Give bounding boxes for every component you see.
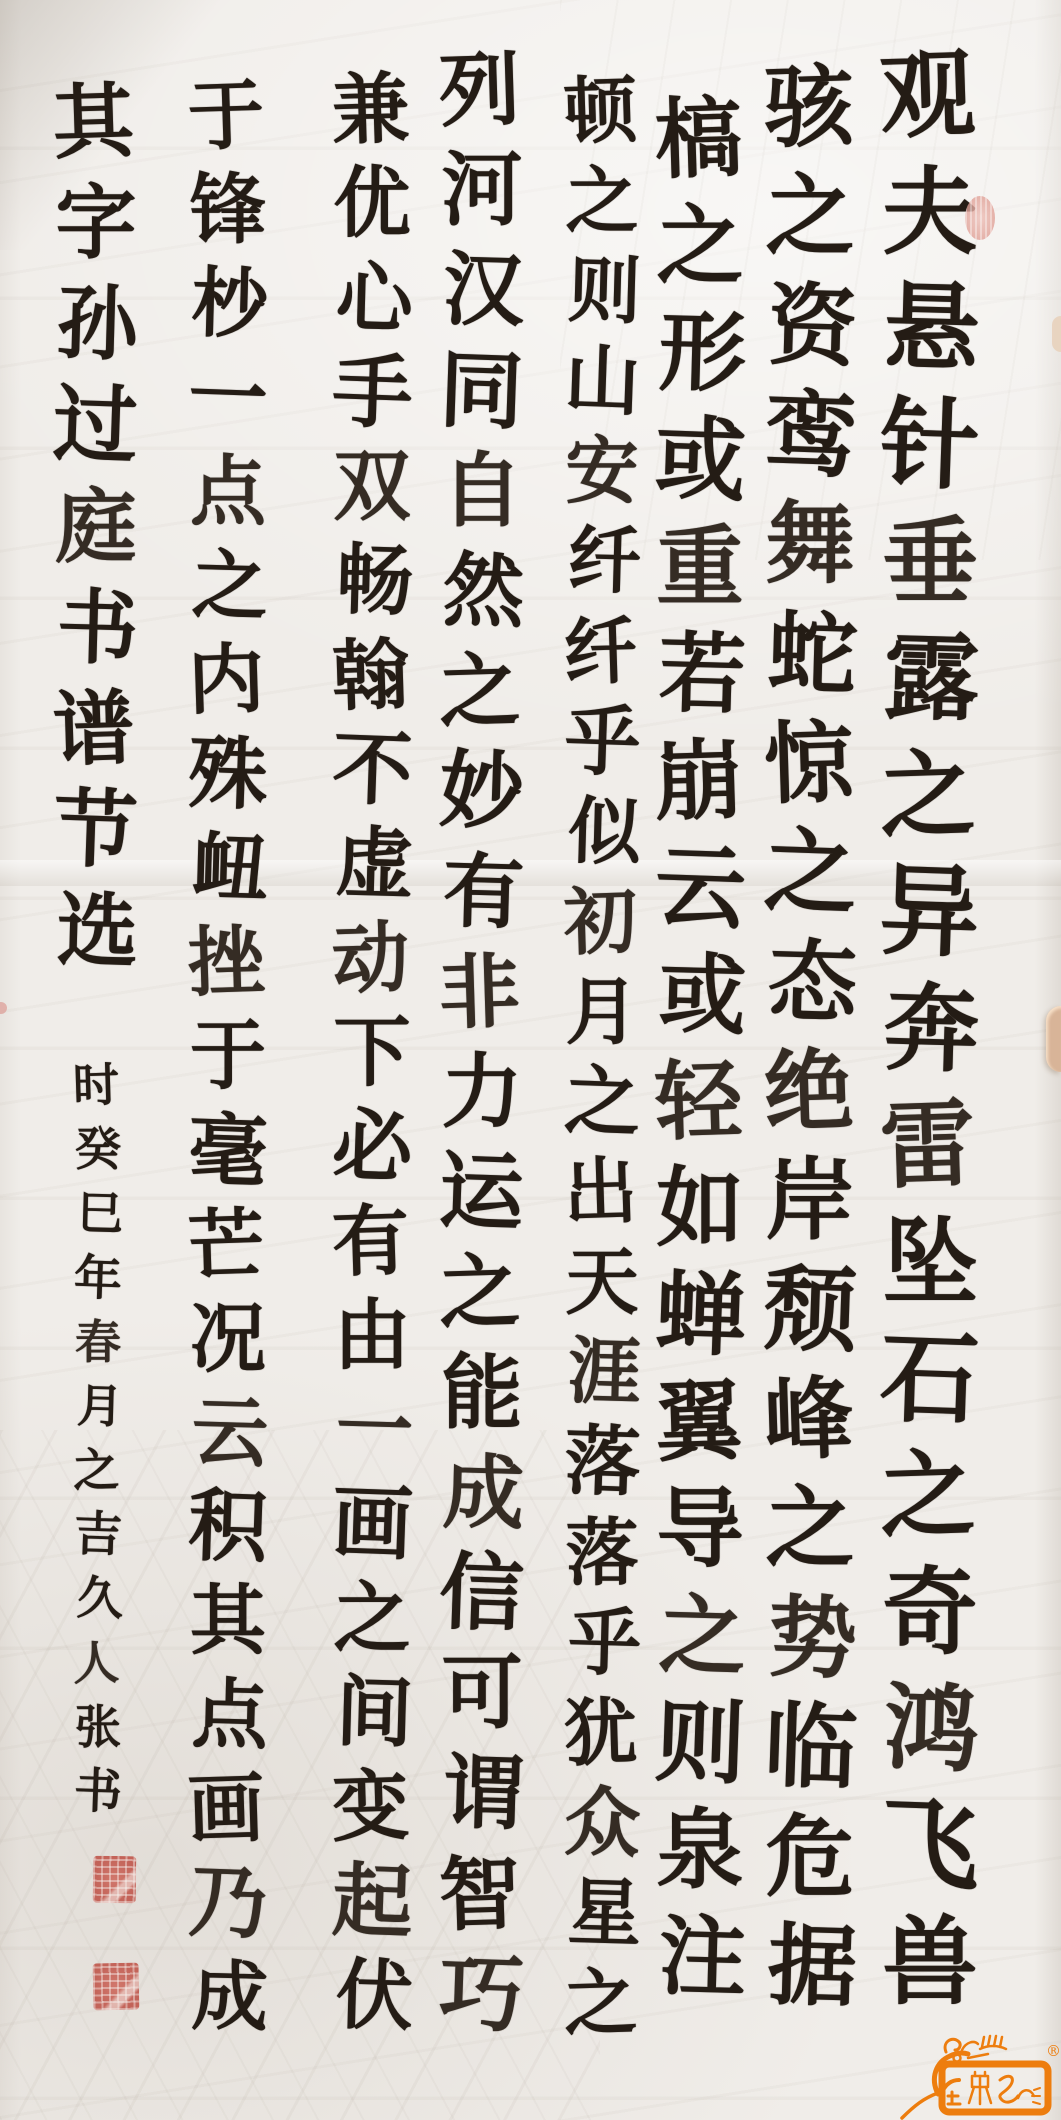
gallery-watermark-logo: ® <box>896 2034 1061 2120</box>
calligraphy-glyph: 崩 <box>653 735 743 825</box>
leading-seal <box>965 196 995 240</box>
calligraphy-glyph: 据 <box>766 1920 857 2011</box>
calligraphy-column-2: 骇之资鸾舞蛇惊之态绝岸颓峰之势临危据 <box>758 62 862 2010</box>
calligraphy-glyph: 云 <box>191 1394 269 1472</box>
calligraphy-glyph: 落 <box>566 1517 639 1590</box>
calligraphy-glyph: 众 <box>563 1784 642 1863</box>
calligraphy-glyph: 张 <box>75 1704 121 1750</box>
calligraphy-glyph: 必 <box>331 1106 414 1189</box>
paper-speck <box>0 1002 7 1014</box>
calligraphy-glyph: 或 <box>657 949 746 1038</box>
artist-seal-1 <box>93 1856 137 1904</box>
calligraphy-glyph: 轻 <box>653 1056 743 1146</box>
calligraphy-glyph: 字 <box>55 183 136 264</box>
calligraphy-glyph: 伏 <box>334 1957 413 2036</box>
calligraphy-glyph: 出 <box>562 1155 637 1230</box>
calligraphy-column-4: 顿之则山安纤纤乎似初月之出天涯落落乎犹众星之 <box>550 75 654 2040</box>
calligraphy-glyph: 毫 <box>187 1110 269 1192</box>
calligraphy-glyph: 巧 <box>438 1951 525 2038</box>
calligraphy-glyph: 蝉 <box>653 1268 747 1362</box>
calligraphy-glyph: 妙 <box>438 748 525 835</box>
calligraphy-glyph: 导 <box>657 1485 744 1572</box>
calligraphy-glyph: 点 <box>190 454 266 530</box>
logo-glyph-script <box>1000 2076 1018 2102</box>
calligraphy-glyph: 智 <box>438 1852 522 1936</box>
calligraphy-glyph: 月 <box>76 1382 123 1429</box>
calligraphy-glyph: 飞 <box>879 1795 981 1897</box>
calligraphy-glyph: 乎 <box>566 1606 641 1681</box>
calligraphy-glyph: 下 <box>334 1015 411 1092</box>
calligraphy-glyph: 自 <box>441 451 522 532</box>
signature-column: 时癸巳年春月之吉久人张书 <box>58 1062 138 1814</box>
calligraphy-glyph: 翰 <box>330 637 409 716</box>
calligraphy-glyph: 翼 <box>653 1377 743 1467</box>
calligraphy-glyph: 山 <box>563 343 642 422</box>
calligraphy-glyph: 河 <box>441 150 522 231</box>
logo-glyph-left <box>948 2092 960 2104</box>
calligraphy-glyph: 形 <box>657 308 746 397</box>
calligraphy-glyph: 巳 <box>76 1190 123 1237</box>
calligraphy-glyph: 一 <box>334 1391 413 1470</box>
calligraphy-glyph: 势 <box>766 1592 857 1683</box>
calligraphy-glyph: 之 <box>766 1483 855 1572</box>
calligraphy-glyph: 年 <box>73 1253 122 1302</box>
calligraphy-glyph: 鸾 <box>762 387 858 483</box>
calligraphy-glyph: 之 <box>438 1251 522 1335</box>
calligraphy-glyph: 画 <box>187 1770 265 1848</box>
calligraphy-glyph: 之 <box>334 1581 411 1658</box>
calligraphy-glyph: 顿 <box>562 74 637 149</box>
calligraphy-glyph: 运 <box>438 1149 525 1236</box>
calligraphy-glyph: 之 <box>191 547 269 625</box>
calligraphy-column-1: 观夫悬针垂露之异奔雷坠石之奇鸿飞兽 <box>878 48 982 2010</box>
calligraphy-glyph: 力 <box>441 1052 522 1133</box>
calligraphy-glyph: 之 <box>766 171 855 260</box>
calligraphy-glyph: 则 <box>566 254 641 329</box>
calligraphy-glyph: 乃 <box>187 1862 269 1944</box>
calligraphy-glyph: 岸 <box>766 1155 855 1244</box>
calligraphy-glyph: 书 <box>73 1766 122 1815</box>
calligraphy-glyph: 兽 <box>882 1915 977 2010</box>
calligraphy-glyph: 蛇 <box>766 608 857 699</box>
calligraphy-glyph: 云 <box>653 840 747 934</box>
calligraphy-glyph: 虚 <box>334 825 413 904</box>
calligraphy-column-3: 槁之形或重若崩云或轻如蝉翼导之则泉注 <box>648 95 752 2000</box>
calligraphy-glyph: 其 <box>190 1583 266 1659</box>
calligraphy-glyph: 心 <box>334 260 413 339</box>
calligraphy-glyph: 于 <box>190 1018 266 1094</box>
calligraphy-glyph: 谱 <box>52 688 136 772</box>
calligraphy-glyph: 颓 <box>762 1261 858 1357</box>
calligraphy-glyph: 内 <box>187 641 265 719</box>
dragon-horn <box>945 2039 960 2052</box>
calligraphy-glyph: 重 <box>657 523 744 610</box>
calligraphy-column-6: 兼优心手双畅翰不虚动下必有由一画之间变起伏 <box>320 72 424 2035</box>
calligraphy-glyph: 绝 <box>762 1045 854 1137</box>
calligraphy-artwork: 观夫悬针垂露之异奔雷坠石之奇鸿飞兽骇之资鸾舞蛇惊之态绝岸颓峰之势临危据槁之形或重… <box>0 0 1061 2120</box>
calligraphy-glyph: 之 <box>879 1447 977 1545</box>
attribution-column: 其字孙过庭书谱节选 <box>44 82 148 972</box>
paper-holder-tab <box>1046 1006 1061 1072</box>
calligraphy-glyph: 久 <box>76 1575 123 1622</box>
dragon-tail <box>902 2093 938 2118</box>
calligraphy-glyph: 悬 <box>883 280 981 378</box>
calligraphy-glyph: 间 <box>334 1674 413 1753</box>
calligraphy-glyph: 若 <box>657 629 746 718</box>
calligraphy-glyph: 泉 <box>657 1806 744 1893</box>
calligraphy-glyph: 双 <box>334 449 411 526</box>
calligraphy-glyph: 之 <box>657 1591 746 1680</box>
calligraphy-glyph: 衄 <box>191 829 269 907</box>
calligraphy-glyph: 针 <box>879 394 981 496</box>
calligraphy-glyph: 异 <box>879 861 981 963</box>
calligraphy-glyph: 书 <box>56 587 139 670</box>
calligraphy-glyph: 非 <box>438 951 522 1035</box>
calligraphy-glyph: 挫 <box>187 923 265 1001</box>
calligraphy-glyph: 殊 <box>187 733 269 815</box>
calligraphy-glyph: 纤 <box>562 614 637 689</box>
calligraphy-glyph: 危 <box>766 1812 855 1901</box>
calligraphy-glyph: 变 <box>330 1768 409 1847</box>
calligraphy-glyph: 露 <box>883 630 981 728</box>
calligraphy-glyph: 过 <box>52 382 139 469</box>
calligraphy-glyph: 可 <box>441 1653 522 1734</box>
calligraphy-glyph: 时 <box>72 1061 119 1108</box>
calligraphy-glyph: 天 <box>566 1246 639 1319</box>
calligraphy-glyph: 奇 <box>882 1565 977 1660</box>
calligraphy-glyph: 畅 <box>334 542 413 621</box>
calligraphy-glyph: 如 <box>657 1164 744 1251</box>
calligraphy-glyph: 庭 <box>55 487 136 568</box>
calligraphy-glyph: 星 <box>566 1876 641 1951</box>
calligraphy-glyph: 吉 <box>73 1509 122 1558</box>
calligraphy-glyph: 之 <box>879 747 977 845</box>
calligraphy-glyph: 积 <box>187 1486 269 1568</box>
calligraphy-glyph: 则 <box>653 1696 747 1790</box>
paper-holder-tab-small <box>1052 316 1061 352</box>
calligraphy-glyph: 之 <box>762 824 858 920</box>
calligraphy-glyph: 成 <box>442 1452 525 1535</box>
calligraphy-glyph: 优 <box>334 166 411 243</box>
calligraphy-glyph: 孙 <box>56 283 139 366</box>
calligraphy-glyph: 有 <box>442 851 525 934</box>
calligraphy-glyph: 态 <box>766 936 857 1027</box>
calligraphy-glyph: 芒 <box>187 1205 265 1283</box>
calligraphy-glyph: 起 <box>331 1861 414 1944</box>
calligraphy-glyph: 选 <box>56 890 139 973</box>
calligraphy-glyph: 谓 <box>442 1752 525 1835</box>
calligraphy-glyph: 列 <box>438 49 522 133</box>
calligraphy-glyph: 信 <box>438 1550 525 1637</box>
calligraphy-glyph: 有 <box>330 1202 409 1281</box>
calligraphy-glyph: 乎 <box>563 703 642 782</box>
calligraphy-glyph: 节 <box>52 787 139 874</box>
calligraphy-glyph: 于 <box>187 77 265 155</box>
calligraphy-glyph: 一 <box>187 357 269 439</box>
calligraphy-glyph: 春 <box>75 1319 121 1365</box>
calligraphy-glyph: 动 <box>330 920 409 999</box>
dragon-eye <box>954 2055 961 2062</box>
calligraphy-glyph: 成 <box>191 1958 269 2036</box>
calligraphy-column-7: 于锋杪一点之内殊衄挫于毫芒况云积其点画乃成 <box>176 78 280 2035</box>
calligraphy-glyph: 点 <box>191 1676 269 1754</box>
calligraphy-glyph: 其 <box>52 81 136 165</box>
registered-trademark: ® <box>1046 2042 1061 2060</box>
calligraphy-glyph: 之 <box>657 202 744 289</box>
calligraphy-column-5: 列河汉同自然之妙有非力运之能成信可谓智巧 <box>430 50 534 2035</box>
calligraphy-glyph: 然 <box>442 550 525 633</box>
calligraphy-glyph: 不 <box>331 729 414 812</box>
calligraphy-glyph: 况 <box>190 1301 266 1377</box>
calligraphy-glyph: 安 <box>566 435 639 508</box>
calligraphy-glyph: 兼 <box>330 71 409 150</box>
calligraphy-glyph: 涯 <box>566 1335 641 1410</box>
logo-glyph-marks <box>1032 2088 1040 2104</box>
calligraphy-glyph: 之 <box>562 1966 637 2041</box>
calligraphy-glyph: 纤 <box>566 525 641 600</box>
calligraphy-glyph: 舞 <box>766 499 855 588</box>
calligraphy-glyph: 观 <box>879 47 977 145</box>
calligraphy-glyph: 资 <box>766 280 857 371</box>
calligraphy-glyph: 手 <box>331 352 414 435</box>
artist-seal-2 <box>93 1963 140 2011</box>
calligraphy-glyph: 峰 <box>762 1373 854 1465</box>
calligraphy-glyph: 之 <box>563 1063 642 1142</box>
calligraphy-glyph: 或 <box>653 413 747 507</box>
calligraphy-glyph: 骇 <box>762 61 854 153</box>
calligraphy-glyph: 石 <box>879 1328 981 1430</box>
calligraphy-glyph: 之 <box>72 1446 119 1493</box>
calligraphy-glyph: 惊 <box>762 717 854 809</box>
calligraphy-glyph: 汉 <box>442 249 525 332</box>
calligraphy-glyph: 似 <box>566 795 641 870</box>
calligraphy-glyph: 槁 <box>653 94 743 184</box>
calligraphy-glyph: 注 <box>657 1912 746 2001</box>
calligraphy-glyph: 之 <box>566 165 639 238</box>
calligraphy-glyph: 杪 <box>191 265 269 343</box>
calligraphy-glyph: 同 <box>438 348 525 435</box>
calligraphy-glyph: 之 <box>438 650 522 734</box>
calligraphy-glyph: 垂 <box>882 515 977 610</box>
calligraphy-glyph: 落 <box>563 1424 642 1503</box>
calligraphy-glyph: 夫 <box>882 165 977 260</box>
calligraphy-glyph: 月 <box>566 976 639 1049</box>
calligraphy-glyph: 坠 <box>882 1215 977 1310</box>
calligraphy-glyph: 由 <box>334 1298 411 1375</box>
calligraphy-glyph: 初 <box>562 885 637 960</box>
calligraphy-glyph: 能 <box>441 1353 522 1434</box>
calligraphy-glyph: 奔 <box>883 980 981 1078</box>
calligraphy-glyph: 临 <box>762 1699 858 1795</box>
calligraphy-glyph: 犹 <box>562 1696 637 1771</box>
calligraphy-glyph: 人 <box>72 1639 119 1686</box>
calligraphy-glyph: 锋 <box>190 172 266 248</box>
calligraphy-glyph: 画 <box>331 1484 414 1567</box>
calligraphy-glyph: 鸿 <box>883 1680 981 1778</box>
calligraphy-glyph: 雷 <box>879 1097 977 1195</box>
calligraphy-glyph: 癸 <box>75 1126 121 1172</box>
